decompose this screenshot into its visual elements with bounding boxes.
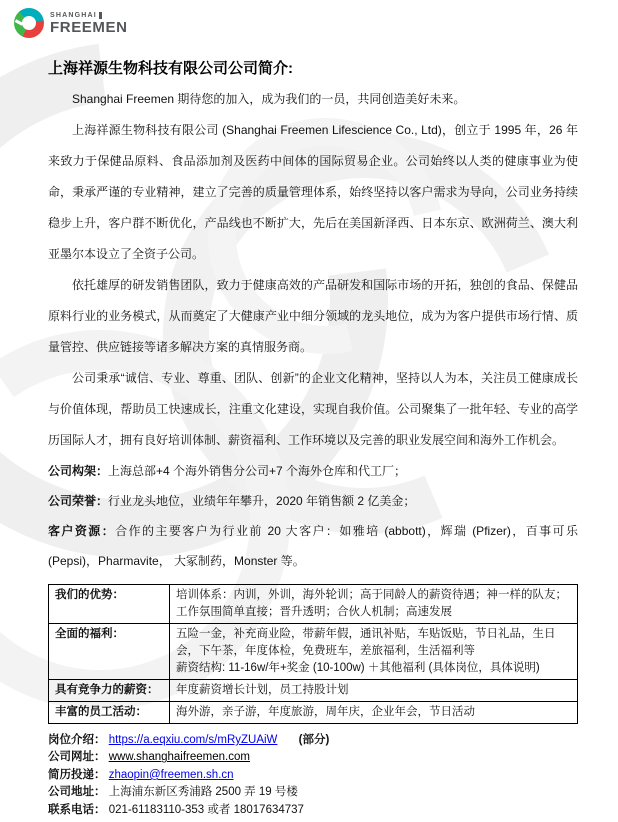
contact-block: 岗位介绍： https://a.eqxiu.com/s/mRyZUAiW (部分… <box>48 732 578 819</box>
info-text: 合作的主要客户为行业前 20 大客户：如雅培 (abbott)，辉瑞 (Pfiz… <box>48 524 578 568</box>
contact-line-phone: 联系电话： 021-61183110-353 或者 18017634737 <box>48 802 578 819</box>
row-label: 全面的福利： <box>49 624 170 680</box>
document-body: 上海祥源生物科技有限公司公司简介: Shanghai Freemen 期待您的加… <box>48 0 578 819</box>
info-text: 上海总部+4 个海外销售分公司+7 个海外仓库和代工厂； <box>108 464 406 478</box>
row-content-line: 培训体系：内训，外训，海外轮训；高于同龄人的薪资待遇；神一样的队友；工作氛围简单… <box>176 587 571 621</box>
table-row-activities: 丰富的员工活动： 海外游，亲子游，年度旅游，周年庆，企业年会，节日活动 <box>49 702 578 724</box>
email-link[interactable]: zhaopin@freemen.sh.cn <box>109 769 234 781</box>
row-label: 具有竞争力的薪资： <box>49 680 170 702</box>
paragraph-welcome: Shanghai Freemen 期待您的加入，成为我们的一员，共同创造美好未来… <box>48 84 578 115</box>
freemen-swirl-icon <box>14 8 44 38</box>
info-label: 客户资源： <box>48 524 115 538</box>
row-content-line: 年度薪资增长计划，员工持股计划 <box>176 682 571 699</box>
contact-line-job-intro: 岗位介绍： https://a.eqxiu.com/s/mRyZUAiW (部分… <box>48 732 578 749</box>
table-row-welfare: 全面的福利： 五险一金，补充商业险，带薪年假，通讯补贴，车贴饭贴，节日礼品，生日… <box>49 624 578 680</box>
table-row-advantages: 我们的优势： 培训体系：内训，外训，海外轮训；高于同龄人的薪资待遇；神一样的队友… <box>49 585 578 624</box>
row-content-line: 海外游，亲子游，年度旅游，周年庆，企业年会，节日活动 <box>176 704 571 721</box>
contact-line-website: 公司网址： www.shanghaifreemen.com <box>48 749 578 766</box>
company-logo: SHANGHAI FREEMEN <box>14 8 128 38</box>
website-link[interactable]: www.shanghaifreemen.com <box>109 751 250 763</box>
contact-label: 岗位介绍： <box>48 734 106 746</box>
row-content: 年度薪资增长计划，员工持股计划 <box>170 680 578 702</box>
job-intro-link[interactable]: https://a.eqxiu.com/s/mRyZUAiW <box>109 734 278 746</box>
contact-label: 公司地址： <box>48 786 106 798</box>
benefits-table: 我们的优势： 培训体系：内训，外训，海外轮训；高于同龄人的薪资待遇；神一样的队友… <box>48 584 578 724</box>
row-content-line: 薪资结构: 11-16w/年+奖金 (10-100w) ＋其他福利 (具体岗位，… <box>176 660 571 677</box>
row-content: 五险一金，补充商业险，带薪年假，通讯补贴，车贴饭贴，节日礼品，生日会，下午茶，年… <box>170 624 578 680</box>
phone-text: 021-61183110-353 或者 18017634737 <box>109 804 304 816</box>
row-content: 海外游，亲子游，年度旅游，周年庆，企业年会，节日活动 <box>170 702 578 724</box>
info-label: 公司构架： <box>48 464 108 478</box>
info-line-clients: 客户资源：合作的主要客户为行业前 20 大客户：如雅培 (abbott)，辉瑞 … <box>48 516 578 576</box>
info-line-honor: 公司荣誉：行业龙头地位，业绩年年攀升，2020 年销售额 2 亿美金； <box>48 486 578 516</box>
contact-label: 公司网址： <box>48 751 106 763</box>
row-label: 丰富的员工活动： <box>49 702 170 724</box>
paragraph-company-history: 上海祥源生物科技有限公司 (Shanghai Freemen Lifescien… <box>48 115 578 270</box>
info-line-structure: 公司构架：上海总部+4 个海外销售分公司+7 个海外仓库和代工厂； <box>48 456 578 486</box>
contact-line-email: 简历投递： zhaopin@freemen.sh.cn <box>48 767 578 784</box>
row-content-line: 五险一金，补充商业险，带薪年假，通讯补贴，车贴饭贴，节日礼品，生日会，下午茶，年… <box>176 626 571 660</box>
contact-label: 简历投递： <box>48 769 106 781</box>
logo-freemen-label: FREEMEN <box>50 20 128 35</box>
logo-shanghai-label: SHANGHAI <box>50 12 102 19</box>
info-text: 行业龙头地位，业绩年年攀升，2020 年销售额 2 亿美金； <box>108 494 415 508</box>
paragraph-culture: 公司秉承“诚信、专业、尊重、团队、创新”的企业文化精神，坚持以人为本，关注员工健… <box>48 363 578 456</box>
address-text: 上海浦东新区秀浦路 2500 弄 19 号楼 <box>109 786 298 798</box>
contact-suffix: (部分) <box>299 734 330 746</box>
contact-line-address: 公司地址： 上海浦东新区秀浦路 2500 弄 19 号楼 <box>48 784 578 801</box>
paragraph-business: 依托雄厚的研发销售团队，致力于健康高效的产品研发和国际市场的开拓，独创的食品、保… <box>48 270 578 363</box>
contact-label: 联系电话： <box>48 804 106 816</box>
table-row-salary: 具有竞争力的薪资： 年度薪资增长计划，员工持股计划 <box>49 680 578 702</box>
row-label: 我们的优势： <box>49 585 170 624</box>
logo-text: SHANGHAI FREEMEN <box>50 12 128 35</box>
row-content: 培训体系：内训，外训，海外轮训；高于同龄人的薪资待遇；神一样的队友；工作氛围简单… <box>170 585 578 624</box>
info-label: 公司荣誉： <box>48 494 108 508</box>
